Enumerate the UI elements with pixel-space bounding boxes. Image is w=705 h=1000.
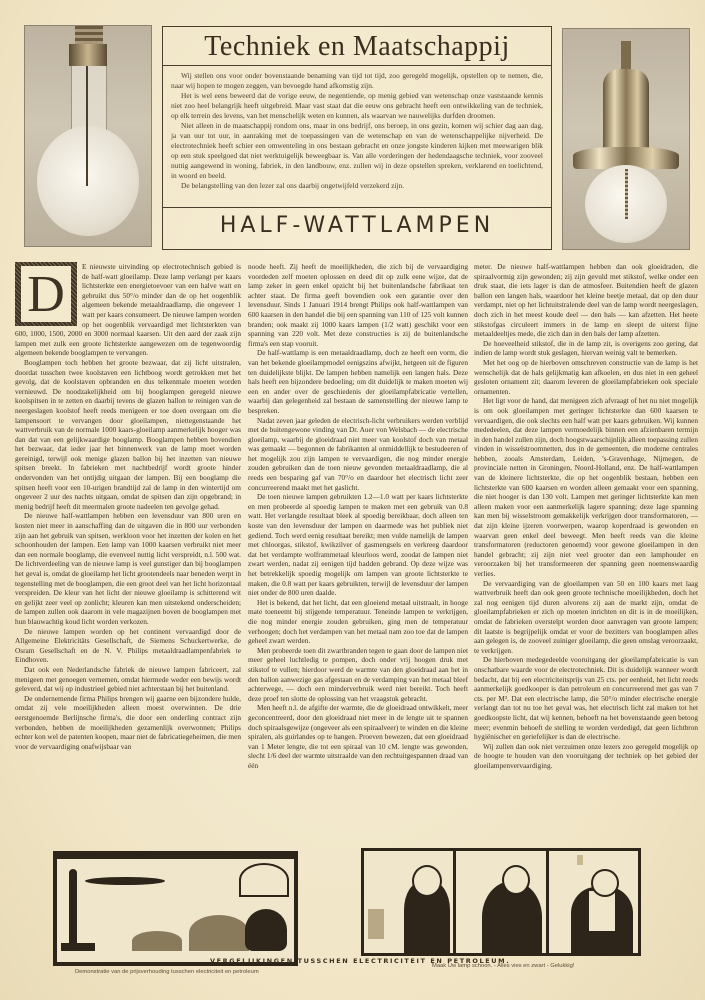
petroleum-can [368, 909, 384, 939]
paragraph: De ondernemende firma Philips brengen wi… [15, 694, 241, 752]
lamp-foot-figure [61, 943, 95, 951]
man-head [591, 869, 619, 897]
left-illustration-caption: Demonstratie van de prijsverhouding tuss… [75, 969, 259, 975]
intro-paragraph: De belangstelling van den lezer zal ons … [171, 181, 543, 191]
man-shirt [589, 891, 615, 931]
intro-paragraph: Het is wel eens beweerd dat de vorige ee… [171, 91, 543, 121]
paragraph: De toen nieuwe lampen gebruikten 1.2—1.0… [248, 492, 468, 598]
lamp-shade-figure [85, 877, 165, 885]
paragraph: De hoeveelheid stikstof, die in de lamp … [474, 339, 698, 358]
divider [163, 207, 551, 208]
paragraph: De nieuwe lampen worden op het continent… [15, 627, 241, 665]
cartoon-panel-dirty [456, 851, 545, 953]
paragraph: Nadat zeven jaar geleden de electrisch-l… [248, 416, 468, 493]
lamp-hanger [621, 41, 631, 71]
intro-paragraph: Niet alleen in de maatschappij rondom on… [171, 121, 543, 181]
paragraph: Met het oog op de hierboven omschreven c… [474, 358, 698, 396]
article-title: HALF-WATTLAMPEN [163, 213, 551, 238]
article-column-1: D E nieuwste uitvinding op electrotechni… [15, 262, 241, 751]
bulb-collar [69, 44, 107, 66]
half-watt-bulb-photo [24, 25, 152, 247]
paragraph: Wij zullen dan ook niet verzuimen onze l… [474, 742, 698, 771]
series-intro-box: Techniek en Maatschappij Wij stellen ons… [162, 26, 552, 250]
paragraph: De vervaardiging van de gloeilampen van … [474, 579, 698, 656]
paragraph: meter. De nieuwe half-wattlampen hebben … [474, 262, 698, 339]
paragraph: Het is bekend, dat het licht, dat een gl… [248, 598, 468, 646]
bulb-screw-base [75, 26, 103, 44]
lamp-stand-figure [69, 869, 77, 949]
coin-pile-large [189, 915, 249, 951]
paragraph: Men probeerde toen dit zwartbranden tege… [248, 646, 468, 704]
paragraph: Booglampen toch hebben het groote bezwaa… [15, 358, 241, 512]
cartoon-panel-happy [549, 851, 638, 953]
petroleum-lamp-head [239, 863, 289, 897]
article-column-3: meter. De nieuwe half-wattlampen hebben … [474, 262, 698, 770]
cartoon-price-comparison [53, 851, 298, 966]
intro-text: Wij stellen ons voor onder bovenstaande … [171, 71, 543, 191]
intro-paragraph: Wij stellen ons voor onder bovenstaande … [171, 71, 543, 91]
drop-cap-letter: D [21, 266, 71, 322]
bulb-filament [86, 66, 88, 186]
light-bulb-icon [577, 855, 583, 865]
series-title: Techniek en Maatschappij [163, 27, 551, 66]
cartoon-panel-clean-lamp [364, 851, 453, 953]
paragraph: De half-wattlamp is een metaaldraadlamp,… [248, 348, 468, 415]
cartoon-strip [361, 848, 641, 956]
paragraph: De hierboven medegedeelde vooruitgang de… [474, 655, 698, 741]
right-illustration-caption: Maak Uw lamp schoon. - Alles vies en zwa… [432, 963, 574, 969]
lamp-chain [625, 169, 628, 219]
petroleum-lamp-figure [245, 909, 287, 951]
paragraph: Men heeft n.l. de afgifte der warmte, di… [248, 703, 468, 770]
paragraph: noode heeft. Zij heeft de moeilijkheden,… [248, 262, 468, 348]
article-column-2: noode heeft. Zij heeft de moeilijkheden,… [248, 262, 468, 770]
coin-pile-small [132, 931, 182, 951]
paragraph: Dat ook een Nederlandsche fabriek de nie… [15, 665, 241, 694]
man-head [412, 865, 442, 897]
ornamental-drop-cap: D [15, 262, 77, 326]
pendant-lamp-photo [562, 28, 690, 250]
paragraph: Het ligt voor de hand, dat menigeen zich… [474, 396, 698, 578]
paragraph: De nieuwe half-wattlampen hebben een lev… [15, 511, 241, 626]
lamp-body [603, 69, 649, 149]
bulb-globe [37, 126, 139, 236]
